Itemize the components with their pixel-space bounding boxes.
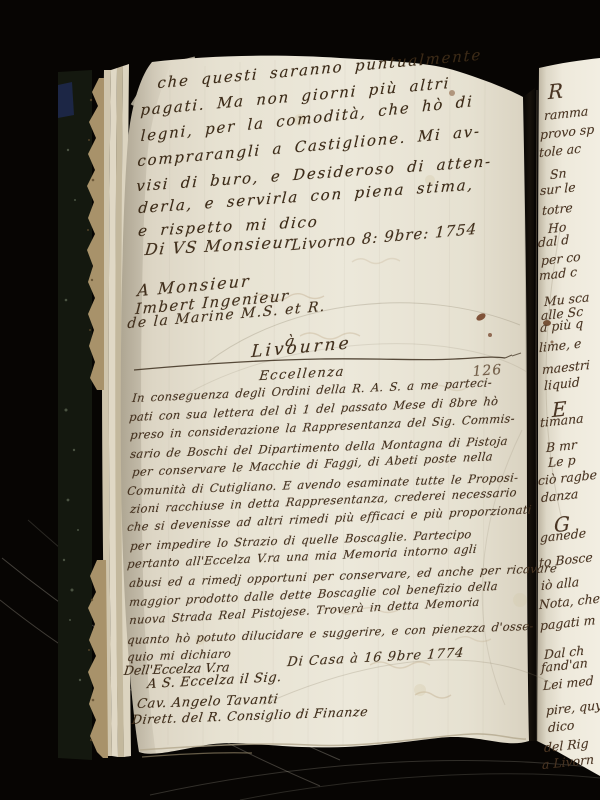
facing-page-line-fragment: a Livorn	[542, 752, 594, 773]
facing-page-line-fragment: provo sp	[540, 121, 594, 142]
manuscript-photo: che questi saranno puntualmente pagati. …	[0, 0, 600, 800]
facing-page-line-fragment: sur le	[540, 179, 576, 198]
facing-page-line-fragment: timana	[540, 410, 584, 430]
facing-page-line-fragment: pire, quy	[546, 697, 600, 718]
facing-page-line-fragment: pagati m	[540, 612, 595, 633]
facing-page-line-fragment: a più q	[540, 315, 583, 335]
facing-page-line-fragment: ciò ragbe	[538, 467, 597, 488]
facing-page-line-fragment: danza	[541, 486, 578, 505]
facing-page-line-fragment: iò alla	[541, 574, 579, 593]
facing-page-line-fragment: Nota, che	[539, 591, 600, 612]
facing-page-line-fragment: dico	[548, 717, 574, 735]
facing-page-line-fragment: liquid	[544, 374, 580, 393]
facing-page-line-fragment: mad c	[539, 264, 577, 283]
facing-page-line-fragment: to Bosce	[539, 549, 593, 570]
facing-page-line-fragment: Le p	[548, 452, 576, 470]
facing-page-line-fragment: ganede	[540, 525, 586, 545]
facing-page-line-fragment: maestri	[542, 357, 590, 377]
facing-page-line-fragment: tole ac	[539, 141, 581, 161]
facing-page-line-fragment: lime, e	[539, 336, 581, 356]
facing-page-line-fragment: totre	[542, 200, 573, 218]
facing-page-text-column: R ramma provo sp tole ac Sn sur le totre…	[536, 58, 600, 774]
facing-page-line-fragment: dal d	[538, 232, 569, 250]
facing-page-line-fragment: R	[548, 78, 563, 104]
facing-page-line-fragment: Lei med	[543, 673, 594, 693]
book-cover-edge	[58, 70, 92, 760]
facing-page-line-fragment: ramma	[544, 103, 588, 123]
